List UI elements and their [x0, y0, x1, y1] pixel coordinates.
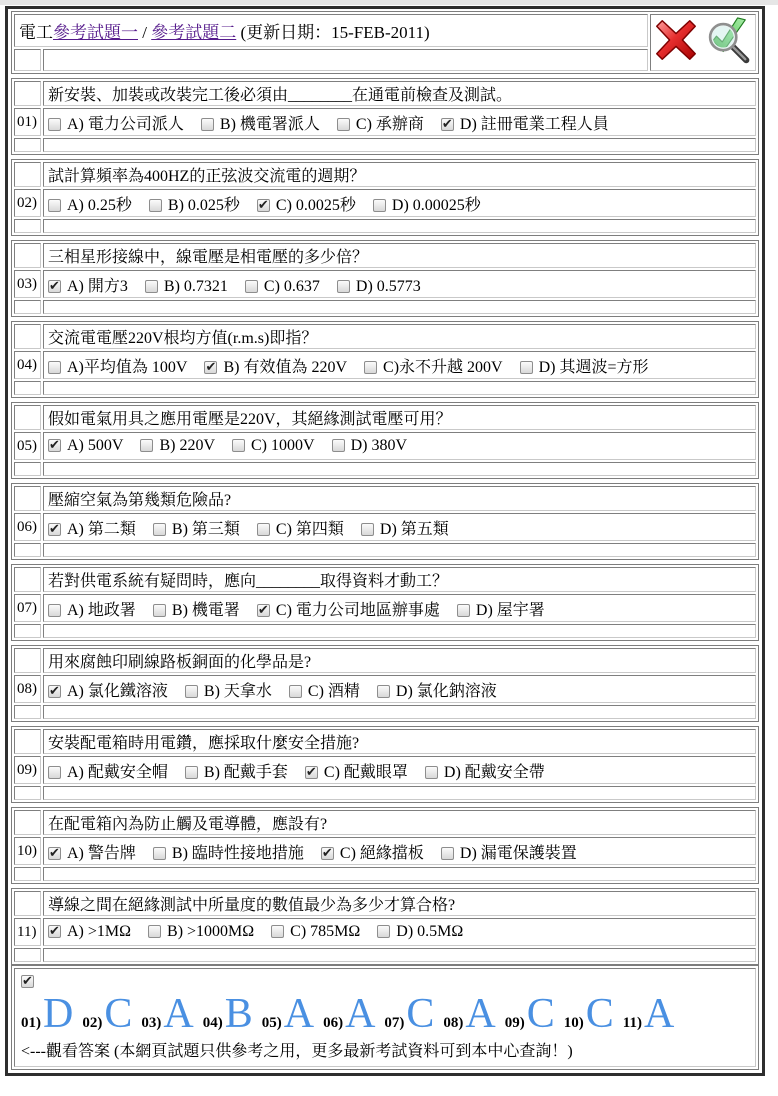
- question-spacer-cell: [14, 162, 41, 187]
- option[interactable]: B) 臨時性接地措施: [153, 840, 304, 863]
- question-block: 在配電箱內為防止觸及電導體，應設有? 10) A) 警告牌 B) 臨時性接地措施…: [11, 807, 759, 884]
- show-answers-row: [21, 973, 749, 989]
- option-label: A) 地政署: [67, 602, 136, 619]
- option-checkbox[interactable]: [185, 766, 198, 779]
- header-spacer-cell: [14, 49, 41, 71]
- option[interactable]: B) 有效值為 220V: [204, 354, 347, 377]
- option-label: A) 電力公司派人: [67, 116, 184, 133]
- option[interactable]: C) 絕緣擋板: [321, 840, 424, 863]
- answer-number: 05): [262, 1015, 282, 1031]
- option[interactable]: C) 配戴眼罩: [305, 759, 408, 782]
- answer-number: 01): [21, 1015, 41, 1031]
- option[interactable]: A) >1MΩ: [48, 923, 131, 941]
- option-checkbox[interactable]: [373, 199, 386, 212]
- question-empty-cell: [43, 462, 756, 476]
- answer-letter: C: [406, 991, 434, 1037]
- question-options: A) 電力公司派人 B) 機電署派人 C) 承辦商 D) 註冊電業工程人員: [43, 108, 756, 136]
- option-checkbox[interactable]: [148, 925, 161, 938]
- option-checkbox[interactable]: [245, 280, 258, 293]
- option[interactable]: B) >1000MΩ: [148, 923, 254, 941]
- option-label: A) >1MΩ: [67, 923, 131, 940]
- option[interactable]: A) 地政署: [48, 597, 136, 620]
- question-block: 若對供電系統有疑問時，應向________取得資料才動工？ 07) A) 地政署…: [11, 564, 759, 641]
- option-label: C) 酒精: [308, 683, 360, 700]
- question-spacer-cell: [14, 648, 41, 673]
- question-block: 三相星形接線中，線電壓是相電壓的多少倍？ 03) A) 開方3 B) 0.732…: [11, 240, 759, 317]
- option-checkbox[interactable]: [520, 361, 533, 374]
- question-spacer-cell: [14, 405, 41, 430]
- quiz-page: { "header": { "prefix": "電工", "link1": "…: [0, 0, 778, 1096]
- option-label: D) 第五類: [380, 521, 449, 538]
- answer-item: 01)D: [21, 1014, 78, 1031]
- option-checkbox[interactable]: [204, 361, 217, 374]
- answers-note: <---觀看答案 (本網頁試題只供參考之用，更多最新考試資料可到本中心查詢！): [21, 1038, 749, 1061]
- question-number: 03): [14, 270, 41, 298]
- answer-letter: C: [527, 991, 555, 1037]
- question-empty-cell: [43, 786, 756, 800]
- option-checkbox[interactable]: [48, 604, 61, 617]
- option[interactable]: A) 開方3: [48, 273, 128, 296]
- question-spacer-cell: [14, 243, 41, 268]
- answers-block: 01)D 02)C 03)A 04)B 05)A 06)A 07)C 08)A …: [11, 965, 759, 1070]
- question-spacer-cell: [14, 138, 41, 152]
- answer-item: 06)A: [323, 1014, 380, 1031]
- question-options: A) 0.25秒 B) 0.025秒 C) 0.0025秒 D) 0.00025…: [43, 189, 756, 217]
- answer-number: 03): [141, 1015, 161, 1031]
- question-number: 10): [14, 837, 41, 865]
- option-label: B) 0.025秒: [168, 197, 240, 214]
- option-checkbox[interactable]: [425, 766, 438, 779]
- question-number: 04): [14, 351, 41, 379]
- option-checkbox[interactable]: [271, 925, 284, 938]
- question-empty-cell: [43, 624, 756, 638]
- close-button[interactable]: [654, 18, 698, 67]
- answers-line: 01)D 02)C 03)A 04)B 05)A 06)A 07)C 08)A …: [21, 993, 749, 1035]
- question-spacer-cell: [14, 462, 41, 476]
- answer-number: 11): [623, 1015, 642, 1031]
- question-text: 用來腐蝕印刷線路板銅面的化學品是?: [43, 648, 756, 673]
- option-checkbox[interactable]: [48, 361, 61, 374]
- question-text: 試計算頻率為400HZ的正弦波交流電的週期？: [43, 162, 756, 187]
- question-options: A) 氯化鐵溶液 B) 天拿水 C) 酒精 D) 氯化鈉溶液: [43, 675, 756, 703]
- option-label: D) 註冊電業工程人員: [460, 116, 609, 133]
- option-checkbox[interactable]: [48, 685, 61, 698]
- answer-number: 08): [443, 1015, 463, 1031]
- question-options: A) 500V B) 220V C) 1000V D) 380V: [43, 432, 756, 460]
- question-block: 安裝配電箱時用電鑽，應採取什麼安全措施? 09) A) 配戴安全帽 B) 配戴手…: [11, 726, 759, 803]
- question-text: 壓縮空氣為第幾類危險品?: [43, 486, 756, 511]
- option[interactable]: C) 電力公司地區辦事處: [257, 597, 440, 620]
- question-block: 交流電電壓220V根均方值(r.m.s)即指？ 04) A)平均值為 100V …: [11, 321, 759, 398]
- question-text: 導線之間在絕緣測試中所量度的數值最少為多少才算合格?: [43, 891, 756, 916]
- close-icon: [654, 18, 698, 62]
- option-label: C) 配戴眼罩: [324, 764, 408, 781]
- option-checkbox[interactable]: [153, 604, 166, 617]
- answer-letter: C: [586, 991, 614, 1037]
- option-label: D) 漏電保護裝置: [460, 845, 577, 862]
- question-number: 09): [14, 756, 41, 784]
- answer-item: 04)B: [203, 1014, 258, 1031]
- question-block: 用來腐蝕印刷線路板銅面的化學品是? 08) A) 氯化鐵溶液 B) 天拿水 C)…: [11, 645, 759, 722]
- question-number: 07): [14, 594, 41, 622]
- option[interactable]: A) 配戴安全帽: [48, 759, 168, 782]
- option-checkbox[interactable]: [361, 523, 374, 536]
- answer-letter: C: [104, 991, 132, 1037]
- question-empty-cell: [43, 867, 756, 881]
- option[interactable]: D) 漏電保護裝置: [441, 840, 577, 863]
- option-checkbox[interactable]: [145, 280, 158, 293]
- answer-letter: A: [284, 991, 314, 1037]
- option[interactable]: C) 酒精: [289, 678, 360, 701]
- option-checkbox[interactable]: [48, 199, 61, 212]
- option-label: D) 380V: [351, 437, 407, 454]
- option-label: C) 0.637: [264, 278, 320, 295]
- option[interactable]: D) 0.00025秒: [373, 192, 481, 215]
- question-options: A) 開方3 B) 0.7321 C) 0.637 D) 0.5773: [43, 270, 756, 298]
- page-title: 電工參考試題一 / 參考試題二 (更新日期：15-FEB-2011): [14, 14, 648, 47]
- option-checkbox[interactable]: [337, 118, 350, 131]
- option-checkbox[interactable]: [48, 118, 61, 131]
- option[interactable]: B) 機電署派人: [201, 111, 320, 134]
- header-block: 電工參考試題一 / 參考試題二 (更新日期：15-FEB-2011): [11, 11, 759, 74]
- answer-item: 09)C: [505, 1014, 560, 1031]
- question-options: A) 配戴安全帽 B) 配戴手套 C) 配戴眼罩 D) 配戴安全帶: [43, 756, 756, 784]
- option[interactable]: D) 380V: [332, 437, 407, 455]
- question-text: 交流電電壓220V根均方值(r.m.s)即指？: [43, 324, 756, 349]
- answer-number: 09): [505, 1015, 525, 1031]
- option-label: B) 機電署: [172, 602, 240, 619]
- answer-item: 10)C: [564, 1014, 619, 1031]
- option-checkbox[interactable]: [232, 439, 245, 452]
- option[interactable]: D) 第五類: [361, 516, 449, 539]
- option-checkbox[interactable]: [140, 439, 153, 452]
- option[interactable]: C) 785MΩ: [271, 923, 360, 941]
- question-empty-cell: [43, 948, 756, 962]
- answer-letter: B: [225, 991, 253, 1037]
- question-spacer-cell: [14, 81, 41, 106]
- answer-number: 06): [323, 1015, 343, 1031]
- option-checkbox[interactable]: [48, 925, 61, 938]
- option-label: C) 1000V: [251, 437, 315, 454]
- option-checkbox[interactable]: [305, 766, 318, 779]
- magnifier-check-icon: [704, 16, 752, 64]
- option[interactable]: D) 配戴安全帶: [425, 759, 545, 782]
- option-label: B) 臨時性接地措施: [172, 845, 304, 862]
- question-spacer-cell: [14, 486, 41, 511]
- answer-number: 07): [384, 1015, 404, 1031]
- top-strip: [0, 0, 778, 5]
- option[interactable]: B) 第三類: [153, 516, 240, 539]
- question-spacer-cell: [14, 543, 41, 557]
- option-checkbox[interactable]: [377, 925, 390, 938]
- option[interactable]: A) 第二類: [48, 516, 136, 539]
- option-label: A)平均值為 100V: [67, 359, 187, 376]
- question-text: 假如電氣用具之應用電壓是220V，其絕緣測試電壓可用？: [43, 405, 756, 430]
- question-options: A) 警告牌 B) 臨時性接地措施 C) 絕緣擋板 D) 漏電保護裝置: [43, 837, 756, 865]
- question-block: 壓縮空氣為第幾類危險品? 06) A) 第二類 B) 第三類 C) 第四類 D)…: [11, 483, 759, 560]
- answer-item: 02)C: [82, 1014, 137, 1031]
- option-checkbox[interactable]: [289, 685, 302, 698]
- question-spacer-cell: [14, 867, 41, 881]
- question-spacer-cell: [14, 567, 41, 592]
- option-label: C)永不升越 200V: [383, 359, 503, 376]
- title-prefix: 電工: [19, 23, 53, 42]
- option-label: A) 0.25秒: [67, 197, 132, 214]
- option-checkbox[interactable]: [48, 523, 61, 536]
- question-block: 新安裝、加裝或改裝完工後必須由________在通電前檢查及測試。 01) A)…: [11, 78, 759, 155]
- option[interactable]: D) 0.5773: [337, 278, 421, 296]
- option-label: C) 第四類: [276, 521, 344, 538]
- question-number: 05): [14, 432, 41, 460]
- option-label: B) 機電署派人: [220, 116, 320, 133]
- option-label: A) 氯化鐵溶液: [67, 683, 168, 700]
- option-label: D) 0.5MΩ: [396, 923, 463, 940]
- option-label: C) 0.0025秒: [276, 197, 356, 214]
- option[interactable]: A) 警告牌: [48, 840, 136, 863]
- option[interactable]: C) 0.0025秒: [257, 192, 356, 215]
- question-text: 新安裝、加裝或改裝完工後必須由________在通電前檢查及測試。: [43, 81, 756, 106]
- content-frame: 電工參考試題一 / 參考試題二 (更新日期：15-FEB-2011): [5, 6, 765, 1076]
- question-empty-cell: [43, 300, 756, 314]
- question-empty-cell: [43, 138, 756, 152]
- option-checkbox[interactable]: [153, 847, 166, 860]
- answer-item: 03)A: [141, 1014, 198, 1031]
- question-text: 三相星形接線中，線電壓是相電壓的多少倍？: [43, 243, 756, 268]
- option-checkbox[interactable]: [149, 199, 162, 212]
- question-number: 11): [14, 918, 41, 946]
- option-label: A) 開方3: [67, 278, 128, 295]
- option-label: D) 氯化鈉溶液: [396, 683, 497, 700]
- option[interactable]: A) 氯化鐵溶液: [48, 678, 168, 701]
- question-options: A) >1MΩ B) >1000MΩ C) 785MΩ D) 0.5MΩ: [43, 918, 756, 946]
- option-checkbox[interactable]: [257, 523, 270, 536]
- option[interactable]: C) 0.637: [245, 278, 320, 296]
- option-label: B) 配戴手套: [204, 764, 288, 781]
- option-label: D) 屋宇署: [476, 602, 545, 619]
- question-spacer-cell: [14, 705, 41, 719]
- option-label: B) >1000MΩ: [167, 923, 254, 940]
- option-checkbox[interactable]: [337, 280, 350, 293]
- option-label: B) 天拿水: [204, 683, 272, 700]
- option-checkbox[interactable]: [48, 847, 61, 860]
- question-spacer-cell: [14, 948, 41, 962]
- show-answers-checkbox[interactable]: [21, 975, 34, 988]
- exam-link-1[interactable]: 參考試題一: [53, 23, 138, 42]
- question-empty-cell: [43, 381, 756, 395]
- option-checkbox[interactable]: [332, 439, 345, 452]
- questions-container: 新安裝、加裝或改裝完工後必須由________在通電前檢查及測試。 01) A)…: [11, 78, 759, 965]
- option[interactable]: D) 0.5MΩ: [377, 923, 463, 941]
- option-checkbox[interactable]: [457, 604, 470, 617]
- header-icon-cell: [650, 14, 756, 71]
- option-checkbox[interactable]: [48, 766, 61, 779]
- answer-letter: D: [43, 991, 73, 1037]
- question-number: 02): [14, 189, 41, 217]
- option-checkbox[interactable]: [257, 604, 270, 617]
- option-label: D) 其週波=方形: [539, 359, 649, 376]
- option[interactable]: D) 註冊電業工程人員: [441, 111, 609, 134]
- answers-cell: 01)D 02)C 03)A 04)B 05)A 06)A 07)C 08)A …: [14, 968, 756, 1067]
- option-label: B) 第三類: [172, 521, 240, 538]
- question-spacer-cell: [14, 324, 41, 349]
- question-options: A) 第二類 B) 第三類 C) 第四類 D) 第五類: [43, 513, 756, 541]
- question-spacer-cell: [14, 300, 41, 314]
- question-spacer-cell: [14, 381, 41, 395]
- option[interactable]: B) 0.7321: [145, 278, 228, 296]
- option-label: B) 0.7321: [164, 278, 228, 295]
- question-options: A) 地政署 B) 機電署 C) 電力公司地區辦事處 D) 屋宇署: [43, 594, 756, 622]
- answer-item: 05)A: [262, 1014, 319, 1031]
- question-number: 08): [14, 675, 41, 703]
- option-checkbox[interactable]: [257, 199, 270, 212]
- option-checkbox[interactable]: [441, 847, 454, 860]
- question-text: 安裝配電箱時用電鑽，應採取什麼安全措施?: [43, 729, 756, 754]
- option-checkbox[interactable]: [201, 118, 214, 131]
- option-label: B) 有效值為 220V: [223, 359, 347, 376]
- option[interactable]: D) 氯化鈉溶液: [377, 678, 497, 701]
- answer-number: 10): [564, 1015, 584, 1031]
- answer-item: 11)A: [623, 1014, 680, 1031]
- answer-item: 08)A: [443, 1014, 500, 1031]
- question-empty-cell: [43, 543, 756, 557]
- view-answers-button[interactable]: [704, 16, 752, 69]
- option-checkbox[interactable]: [364, 361, 377, 374]
- option-label: C) 絕緣擋板: [340, 845, 424, 862]
- option-label: A) 500V: [67, 437, 123, 454]
- option-label: A) 第二類: [67, 521, 136, 538]
- question-number: 06): [14, 513, 41, 541]
- answer-number: 04): [203, 1015, 223, 1031]
- option[interactable]: B) 機電署: [153, 597, 240, 620]
- option[interactable]: A)平均值為 100V: [48, 354, 187, 377]
- answer-item: 07)C: [384, 1014, 439, 1031]
- option[interactable]: B) 0.025秒: [149, 192, 240, 215]
- option-checkbox[interactable]: [185, 685, 198, 698]
- option[interactable]: C)永不升越 200V: [364, 354, 503, 377]
- option[interactable]: B) 配戴手套: [185, 759, 288, 782]
- answer-letter: A: [163, 991, 193, 1037]
- question-number: 01): [14, 108, 41, 136]
- title-separator: /: [138, 23, 151, 42]
- option[interactable]: A) 500V: [48, 437, 123, 455]
- answer-letter: A: [465, 991, 495, 1037]
- answer-number: 02): [82, 1015, 102, 1031]
- option[interactable]: C) 1000V: [232, 437, 315, 455]
- option[interactable]: D) 其週波=方形: [520, 354, 649, 377]
- question-block: 導線之間在絕緣測試中所量度的數值最少為多少才算合格? 11) A) >1MΩ B…: [11, 888, 759, 965]
- question-text: 在配電箱內為防止觸及電導體，應設有?: [43, 810, 756, 835]
- option-checkbox[interactable]: [377, 685, 390, 698]
- option-checkbox[interactable]: [48, 280, 61, 293]
- question-options: A)平均值為 100V B) 有效值為 220V C)永不升越 200V D) …: [43, 351, 756, 379]
- option-label: D) 0.00025秒: [392, 197, 481, 214]
- option-label: A) 配戴安全帽: [67, 764, 168, 781]
- option[interactable]: A) 電力公司派人: [48, 111, 184, 134]
- question-spacer-cell: [14, 891, 41, 916]
- question-spacer-cell: [14, 624, 41, 638]
- answer-letter: A: [644, 991, 674, 1037]
- answer-letter: A: [345, 991, 375, 1037]
- question-empty-cell: [43, 705, 756, 719]
- option[interactable]: B) 220V: [140, 437, 215, 455]
- question-spacer-cell: [14, 729, 41, 754]
- question-spacer-cell: [14, 786, 41, 800]
- option[interactable]: B) 天拿水: [185, 678, 272, 701]
- title-update-date: (更新日期：15-FEB-2011): [236, 23, 429, 42]
- question-spacer-cell: [14, 219, 41, 233]
- option-label: D) 配戴安全帶: [444, 764, 545, 781]
- question-spacer-cell: [14, 810, 41, 835]
- question-text: 若對供電系統有疑問時，應向________取得資料才動工？: [43, 567, 756, 592]
- option-label: C) 電力公司地區辦事處: [276, 602, 440, 619]
- question-empty-cell: [43, 219, 756, 233]
- option[interactable]: A) 0.25秒: [48, 192, 132, 215]
- question-block: 假如電氣用具之應用電壓是220V，其絕緣測試電壓可用？ 05) A) 500V …: [11, 402, 759, 479]
- option-label: C) 785MΩ: [290, 923, 360, 940]
- option-label: B) 220V: [159, 437, 215, 454]
- option-checkbox[interactable]: [153, 523, 166, 536]
- option-label: A) 警告牌: [67, 845, 136, 862]
- option-checkbox[interactable]: [48, 439, 61, 452]
- question-block: 試計算頻率為400HZ的正弦波交流電的週期？ 02) A) 0.25秒 B) 0…: [11, 159, 759, 236]
- option-checkbox[interactable]: [321, 847, 334, 860]
- header-empty-cell: [43, 49, 648, 71]
- option-label: D) 0.5773: [356, 278, 421, 295]
- option-checkbox[interactable]: [441, 118, 454, 131]
- option-label: C) 承辦商: [356, 116, 424, 133]
- option[interactable]: D) 屋宇署: [457, 597, 545, 620]
- option[interactable]: C) 第四類: [257, 516, 344, 539]
- exam-link-2[interactable]: 參考試題二: [151, 23, 236, 42]
- option[interactable]: C) 承辦商: [337, 111, 424, 134]
